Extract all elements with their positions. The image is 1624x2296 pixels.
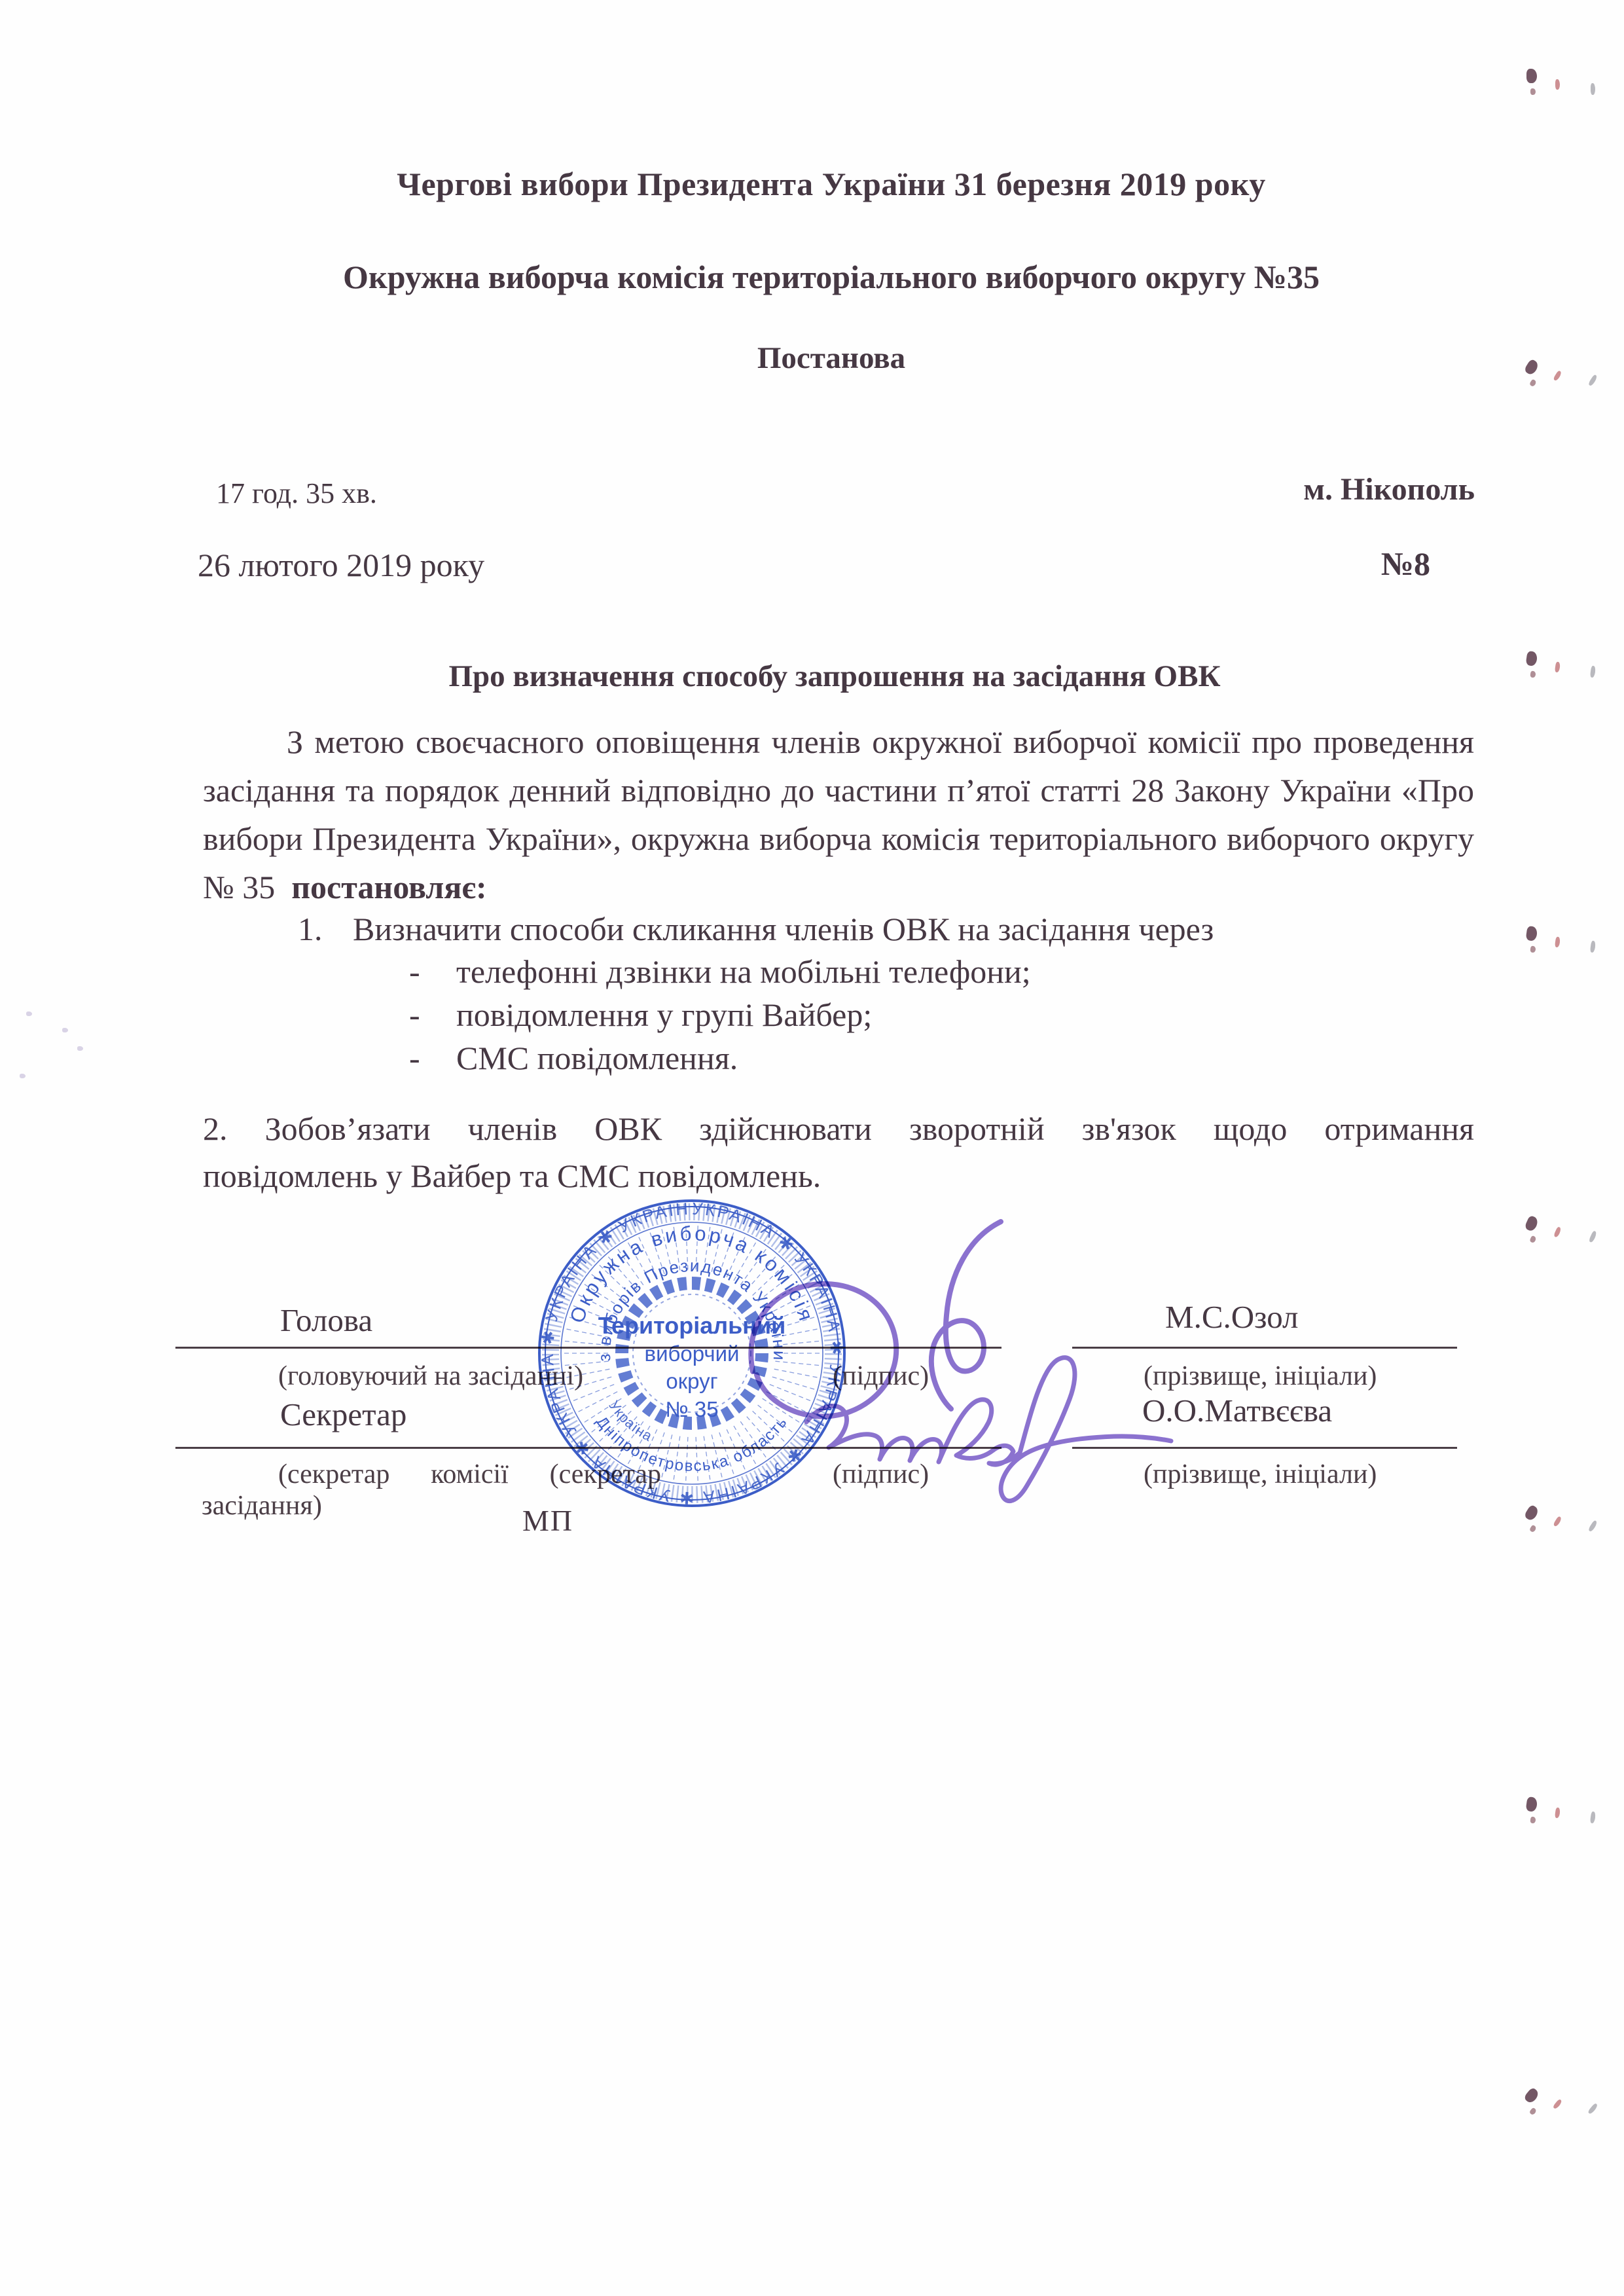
stamp-guilloche xyxy=(562,1224,821,1483)
chairman-name: М.С.Озол xyxy=(1165,1298,1299,1336)
scan-speck xyxy=(1588,1520,1598,1533)
chairman-signature xyxy=(751,1284,896,1417)
resolves-word: постановляє: xyxy=(291,869,486,905)
document-type: Постанова xyxy=(151,340,1512,376)
seal-place-mark: МП xyxy=(522,1503,573,1538)
signature-caption-1: (підпис) xyxy=(833,1360,929,1392)
scan-speck xyxy=(1555,1808,1561,1819)
scan-speck xyxy=(1588,374,1598,387)
document-subtitle: Окружна виборча комісія територіального … xyxy=(151,258,1512,296)
district-number: № 35 xyxy=(203,869,275,905)
chairman-role-note: (головуючий на засіданні) xyxy=(278,1360,583,1392)
name-caption-1: (прізвище, ініціали) xyxy=(1144,1360,1377,1392)
bullet-item-3: -СМС повідомлення. xyxy=(409,1039,738,1077)
scan-speck xyxy=(1526,651,1538,666)
scan-speck xyxy=(1526,69,1537,83)
scan-speck xyxy=(1553,1516,1562,1527)
stamp-ring-bottom-left-text: Україна xyxy=(605,1398,655,1445)
secretary-role-note-2: засідання) xyxy=(202,1490,322,1522)
city-name: м. Нікополь xyxy=(1303,471,1475,507)
list-item-1-number: 1. xyxy=(298,910,353,948)
bullet-dash: - xyxy=(409,996,456,1034)
scan-speck xyxy=(1555,937,1561,948)
document-date: 26 лютого 2019 року xyxy=(198,546,484,584)
stamp-center-line-2: виборчий xyxy=(645,1341,740,1366)
pencil-speck xyxy=(77,1046,83,1051)
document-number: №8 xyxy=(1381,545,1430,583)
paragraph-1: З метою своєчасного оповіщення членів ок… xyxy=(203,718,1474,911)
paragraph-1-line-1: З метою своєчасного оповіщення членів ок… xyxy=(203,718,1474,766)
scan-speck xyxy=(1590,941,1596,953)
chairman-signature-flourish xyxy=(931,1222,1001,1409)
list-item-1: 1.Визначити способи скликання членів ОВК… xyxy=(298,910,1214,948)
stamp-crescent-ring xyxy=(622,1283,762,1423)
stamp-ring-top-text: Окружна виборча комісія xyxy=(566,1222,819,1326)
scan-speck xyxy=(1524,1215,1540,1233)
paragraph-2-line-1: 2. Зобов’язати членів ОВК здійснювати зв… xyxy=(203,1105,1474,1152)
paragraph-2: 2. Зобов’язати членів ОВК здійснювати зв… xyxy=(203,1105,1474,1199)
scan-speck xyxy=(1529,379,1537,388)
scan-speck xyxy=(1530,670,1536,678)
scan-speck xyxy=(1553,370,1562,381)
scan-speck xyxy=(1526,926,1538,941)
bullet-item-1-text: телефонні дзвінки на мобільні телефони; xyxy=(456,953,1031,990)
pencil-speck xyxy=(26,1011,32,1016)
meeting-time: 17 год. 35 хв. xyxy=(216,477,377,510)
secretary-role-label: Секретар xyxy=(280,1396,406,1433)
bullet-item-3-text: СМС повідомлення. xyxy=(456,1040,738,1076)
resolution-subject: Про визначення способу запрошення на зас… xyxy=(183,659,1486,694)
bullet-dash: - xyxy=(409,953,456,991)
stamp-center-line-3: округ xyxy=(666,1369,717,1393)
scan-speck xyxy=(1523,1504,1540,1522)
scan-speck xyxy=(1555,79,1560,90)
bullet-dash: - xyxy=(409,1039,456,1077)
scan-speck xyxy=(1590,666,1596,678)
pencil-speck xyxy=(62,1028,68,1032)
scan-speck xyxy=(1587,2103,1598,2115)
signature-line-2-right xyxy=(1072,1447,1457,1449)
secretary-role-note: (секретар комісії (секретар xyxy=(278,1459,661,1490)
scan-speck xyxy=(1529,1235,1536,1243)
scan-speck xyxy=(1530,1816,1536,1823)
signature-line-1-right xyxy=(1072,1347,1457,1349)
scan-speck xyxy=(1555,662,1561,673)
scan-speck xyxy=(1523,358,1540,376)
name-caption-2: (прізвище, ініціали) xyxy=(1144,1459,1377,1490)
signature-caption-2: (підпис) xyxy=(833,1459,929,1490)
scan-speck xyxy=(1530,945,1536,953)
secretary-name: О.О.Матвєєва xyxy=(1142,1392,1332,1429)
chairman-role-label: Голова xyxy=(280,1302,372,1339)
signature-line-1-left xyxy=(175,1347,1001,1349)
scan-speck xyxy=(1529,2107,1538,2116)
paragraph-1-line-4: № 35 постановляє: xyxy=(203,863,1474,911)
bullet-item-1: -телефонні дзвінки на мобільні телефони; xyxy=(409,953,1031,991)
stamp-center-line-4: № 35 xyxy=(665,1397,718,1421)
stamp-ring-inner-text: з виборів Президента України xyxy=(594,1256,789,1362)
document-title: Чергові вибори Президента України 31 бер… xyxy=(151,165,1512,203)
scan-speck xyxy=(1530,88,1536,95)
paragraph-1-line-2: засідання та порядок денний відповідно д… xyxy=(203,766,1474,814)
bullet-item-2-text: повідомлення у групі Вайбер; xyxy=(456,996,872,1033)
scan-speck xyxy=(1589,1230,1598,1243)
stamp-center-line-1: Територіальний xyxy=(598,1312,786,1339)
signature-line-2-left xyxy=(175,1447,1001,1449)
list-item-1-text: Визначити способи скликання членів ОВК н… xyxy=(353,911,1214,947)
scan-speck xyxy=(1529,1525,1537,1533)
pencil-speck xyxy=(20,1074,26,1078)
scan-speck xyxy=(1553,2099,1563,2110)
scan-speck xyxy=(1591,83,1595,95)
scan-speck xyxy=(1553,1226,1562,1237)
bullet-item-2: -повідомлення у групі Вайбер; xyxy=(409,996,872,1034)
scan-speck xyxy=(1526,1796,1538,1812)
paragraph-2-line-2: повідомлень у Вайбер та СМС повідомлень. xyxy=(203,1152,1474,1199)
scan-speck xyxy=(1590,1812,1596,1824)
document-page: Чергові вибори Президента України 31 бер… xyxy=(0,0,1624,2296)
scan-speck xyxy=(1523,2086,1540,2104)
paragraph-1-line-3: вибори Президента України», окружна вибо… xyxy=(203,814,1474,863)
